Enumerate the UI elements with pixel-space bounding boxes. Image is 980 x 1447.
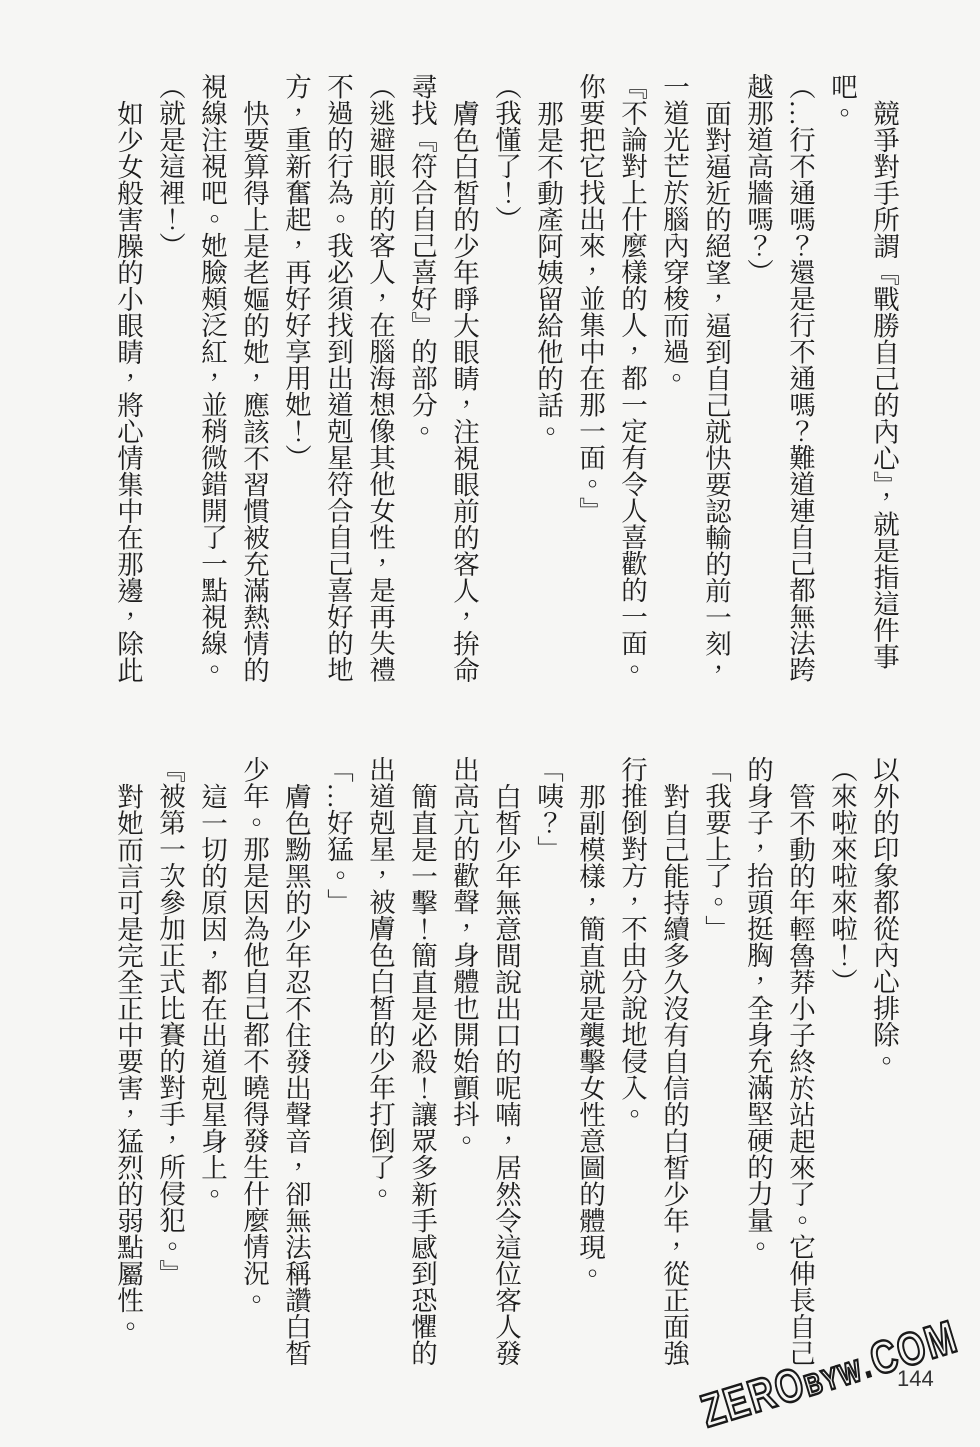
text-column: 對自己能持續多久沒有自信的白皙少年，從正面強 (653, 756, 695, 1416)
text-column: 行推倒對方，不由分說地侵入。 (611, 756, 653, 1416)
text-column: 這一切的原因，都在出道剋星身上。 (191, 756, 233, 1416)
text-column: 一道光芒於腦內穿梭而過。 (653, 73, 695, 733)
text-column: 方，重新奮起，再好好享用她！） (275, 73, 317, 733)
text-column: （逃避眼前的客人，在腦海想像其他女性，是再失禮 (359, 73, 401, 733)
text-column: 出道剋星，被膚色白皙的少年打倒了。 (359, 756, 401, 1416)
text-column: 那是不動產阿姨留給他的話。 (527, 73, 569, 733)
text-block-bottom: 以外的印象都從內心排除。（來啦來啦來啦！）管不動的年輕魯莽小子終於站起來了。它伸… (107, 756, 905, 1416)
text-column: 少年。那是因為他自己都不曉得發生什麼情況。 (233, 756, 275, 1416)
text-column: 吧。 (821, 73, 863, 733)
text-column: （…行不通嗎？還是行不通嗎？難道連自己都無法跨 (779, 73, 821, 733)
text-column: 如少女般害臊的小眼睛，將心情集中在那邊，除此 (107, 73, 149, 733)
text-column: （來啦來啦來啦！） (821, 756, 863, 1416)
text-column: 面對逼近的絕望，逼到自己就快要認輸的前一刻， (695, 73, 737, 733)
text-column: 「我要上了。」 (695, 756, 737, 1416)
page-number: 144 (897, 1366, 934, 1392)
text-column: （我懂了！） (485, 73, 527, 733)
text-column: 膚色白皙的少年睜大眼睛，注視眼前的客人，拚命 (443, 73, 485, 733)
text-block-top: 競爭對手所謂『戰勝自己的內心』，就是指這件事吧。（…行不通嗎？還是行不通嗎？難道… (107, 73, 905, 733)
text-column: 你要把它找出來，並集中在那一面。』 (569, 73, 611, 733)
text-column: 簡直是一擊！簡直是必殺！讓眾多新手感到恐懼的 (401, 756, 443, 1416)
text-column: 競爭對手所謂『戰勝自己的內心』，就是指這件事 (863, 73, 905, 733)
text-column: 「…好猛。」 (317, 756, 359, 1416)
text-column: 不過的行為。我必須找到出道剋星符合自己喜好的地 (317, 73, 359, 733)
text-column: 以外的印象都從內心排除。 (863, 756, 905, 1416)
text-column: 膚色黝黑的少年忍不住發出聲音，卻無法稱讚白皙 (275, 756, 317, 1416)
text-column: 『不論對上什麼樣的人，都一定有令人喜歡的一面。 (611, 73, 653, 733)
text-column: 對她而言可是完全正中要害，猛烈的弱點屬性。 (107, 756, 149, 1416)
text-column: 管不動的年輕魯莽小子終於站起來了。它伸長自己 (779, 756, 821, 1416)
text-column: 越那道高牆嗎？） (737, 73, 779, 733)
text-column: 出高亢的歡聲，身體也開始顫抖。 (443, 756, 485, 1416)
text-column: 視線注視吧。她臉頰泛紅，並稍微錯開了一點視線。 (191, 73, 233, 733)
text-column: 「咦？」 (527, 756, 569, 1416)
text-column: 的身子，抬頭挺胸，全身充滿堅硬的力量。 (737, 756, 779, 1416)
text-column: （就是這裡！） (149, 73, 191, 733)
text-column: 尋找『符合自己喜好』的部分。 (401, 73, 443, 733)
text-column: 那副模樣，簡直就是襲擊女性意圖的體現。 (569, 756, 611, 1416)
text-column: 白皙少年無意間說出口的呢喃，居然令這位客人發 (485, 756, 527, 1416)
scanned-book-page: 競爭對手所謂『戰勝自己的內心』，就是指這件事吧。（…行不通嗎？還是行不通嗎？難道… (0, 0, 980, 1447)
text-column: 『被第一次參加正式比賽的對手，所侵犯。』 (149, 756, 191, 1416)
text-column: 快要算得上是老嫗的她，應該不習慣被充滿熱情的 (233, 73, 275, 733)
